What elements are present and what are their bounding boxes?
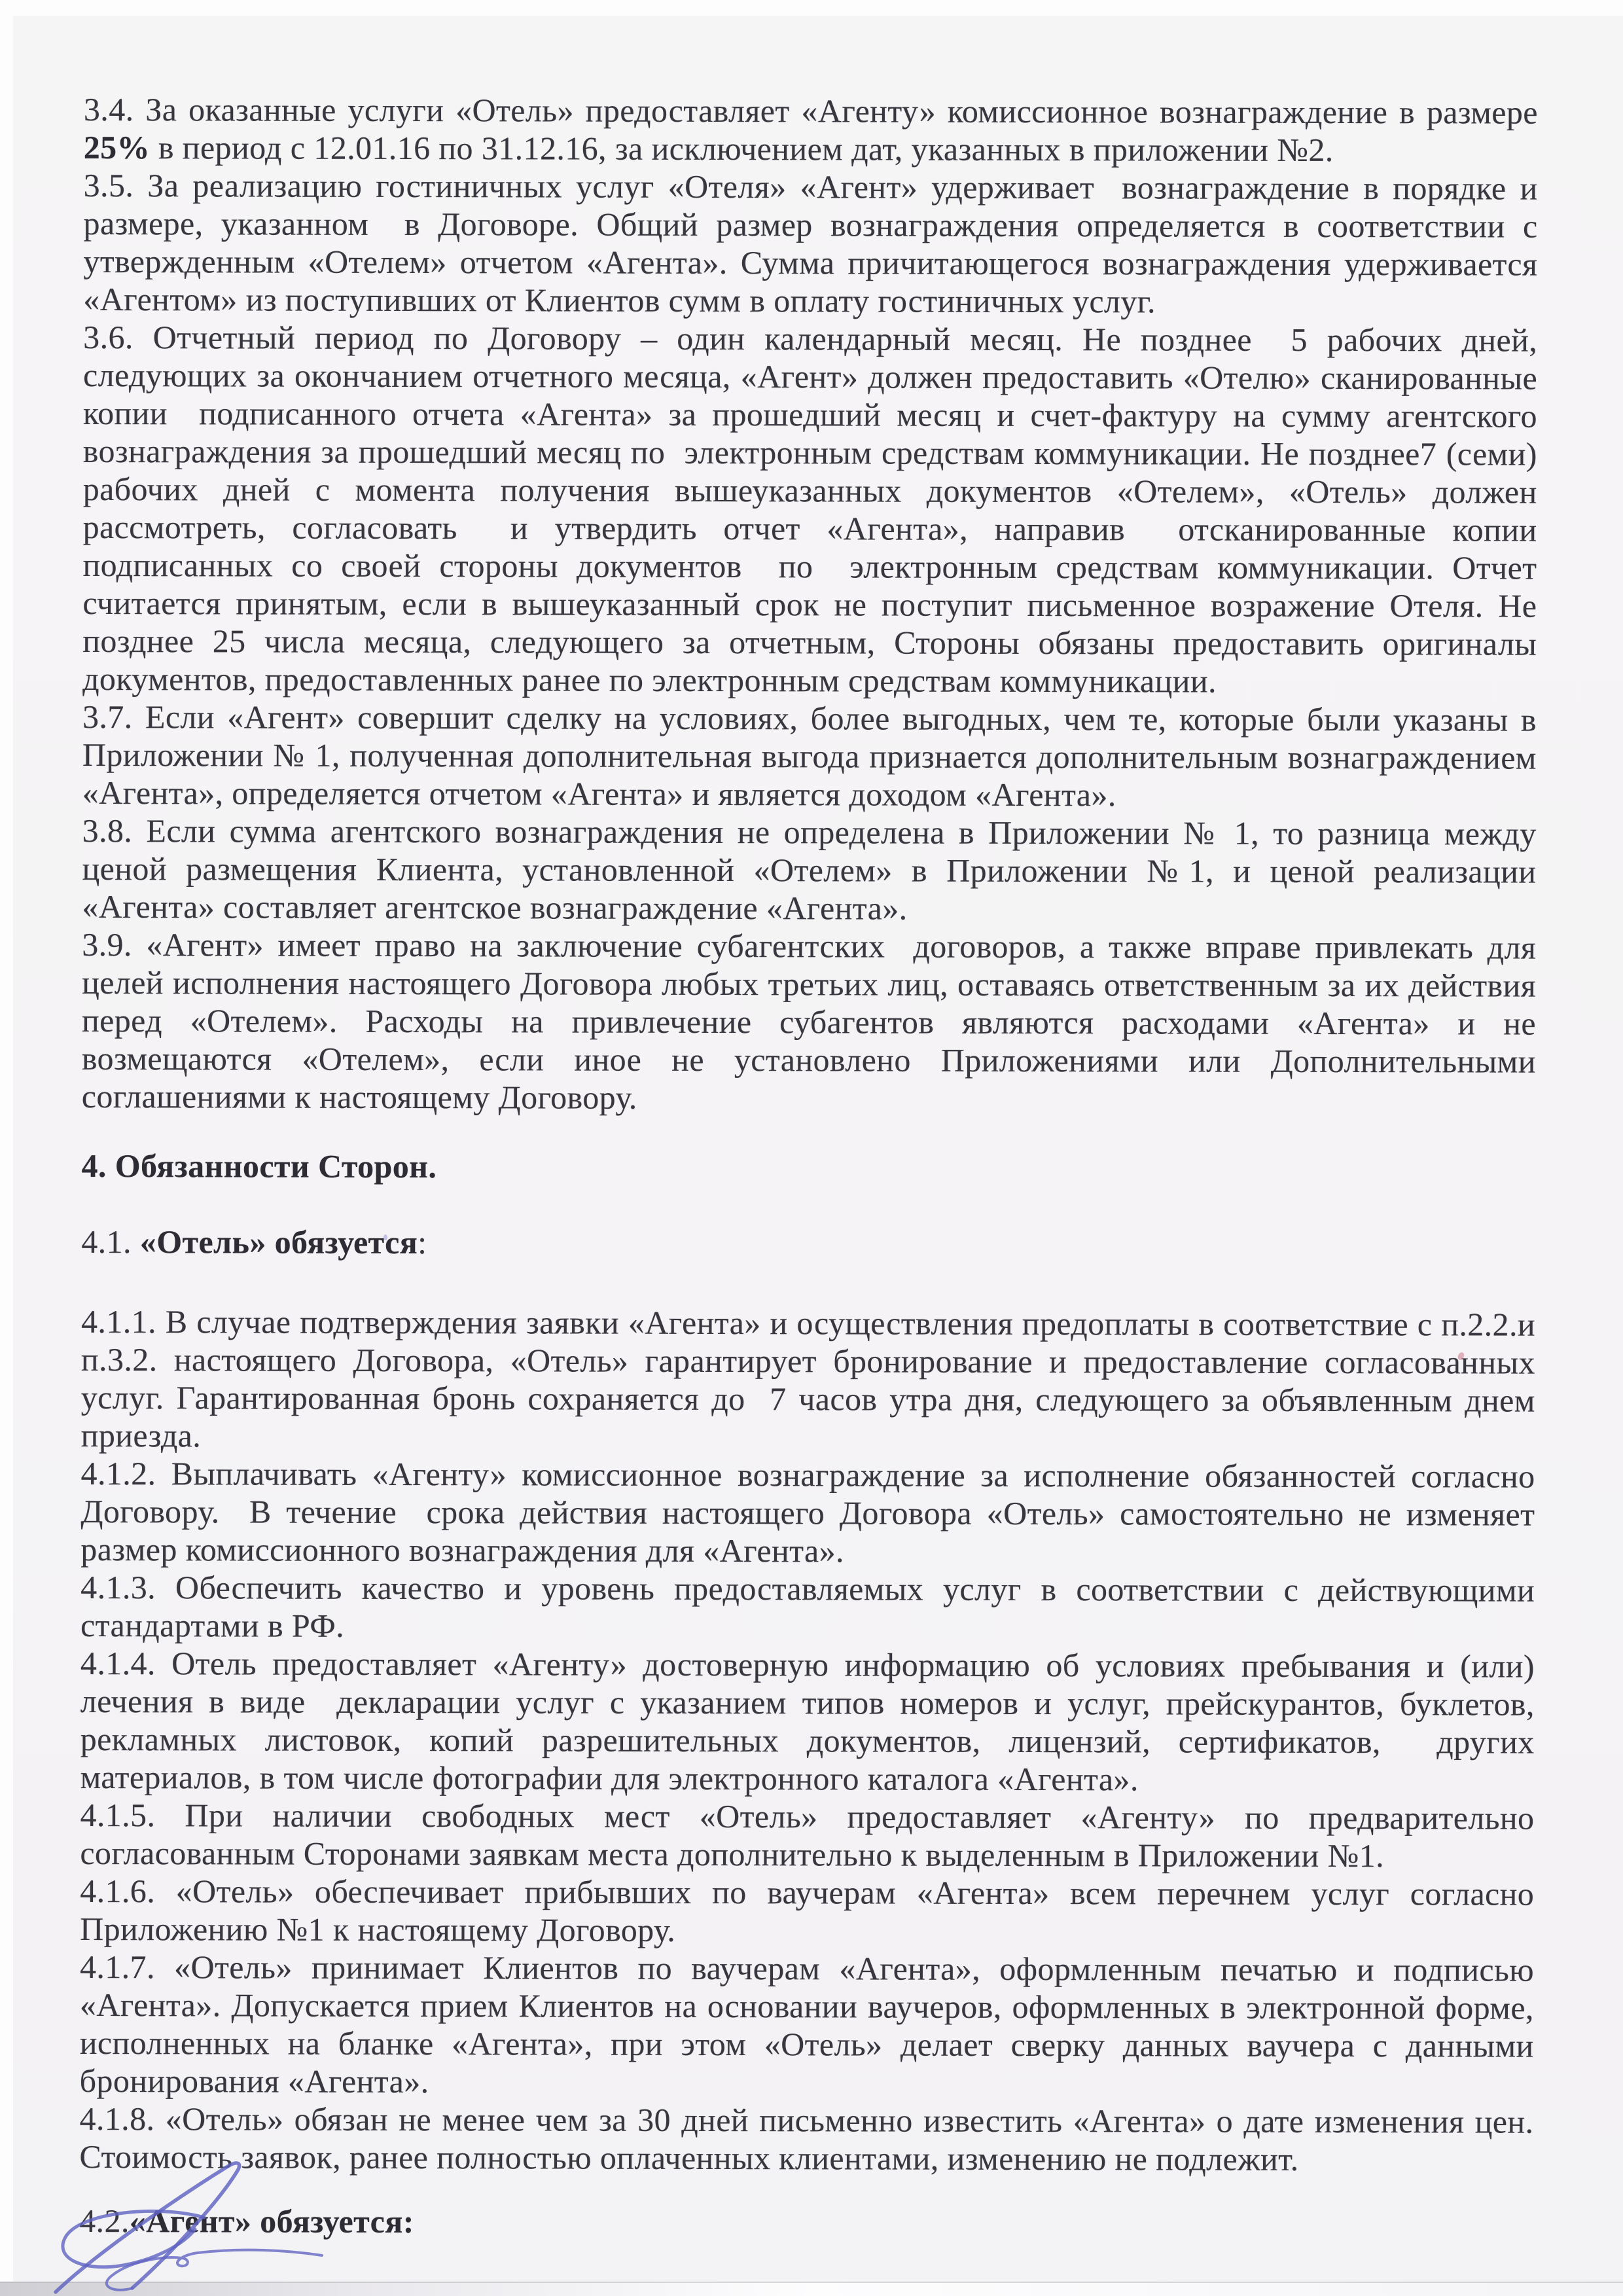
text-run: 4.2. (79, 2202, 130, 2239)
clause-4-1-6: 4.1.6. «Отель» обеспечивает прибывших по… (80, 1872, 1534, 1951)
text-run: в период с 12.01.16 по 31.12.16, за искл… (150, 129, 1334, 168)
text-run: 4.1.1. В случае подтверждения заявки «Аг… (81, 1303, 1544, 1454)
clause-3-4: 3.4. За оказанные услуги «Отель» предост… (84, 90, 1538, 170)
scan-edge-top (0, 0, 1623, 16)
text-run: 3.9. «Агент» имеет право на заключение с… (82, 926, 1545, 1116)
heading-obligations: 4. Обязанности Сторон. (81, 1147, 1535, 1188)
text-run: 3.4. За оказанные услуги «Отель» предост… (84, 91, 1546, 131)
text-run: 4.1.5. При наличии свободных мест «Отель… (80, 1797, 1543, 1874)
clause-3-6: 3.6. Отчетный период по Договору – один … (82, 318, 1537, 701)
clause-4-1-7: 4.1.7. «Отель» принимает Клиентов по вау… (80, 1948, 1534, 2103)
clause-4-1-2: 4.1.2. Выплачивать «Агенту» комиссионное… (80, 1454, 1535, 1571)
text-run: . (123, 1223, 140, 1260)
text-run: 3.5. За реализацию гостиничных услуг «От… (83, 167, 1546, 319)
text-run: 3.8. Если сумма агентского вознаграждени… (82, 812, 1544, 927)
scan-edge-left (0, 0, 13, 2296)
clause-3-9: 3.9. «Агент» имеет право на заключение с… (82, 925, 1537, 1119)
clause-4-1-8: 4.1.8. «Отель» обязан не менее чем за 30… (79, 2100, 1533, 2179)
clause-3-7: 3.7. Если «Агент» совершит сделку на усл… (82, 698, 1537, 815)
document-content: 3.4. За оказанные услуги «Отель» предост… (79, 90, 1538, 2243)
clause-4-1-5: 4.1.5. При наличии свободных мест «Отель… (80, 1796, 1534, 1875)
text-run: 4.1.7. «Отель» принимает Клиентов по вау… (80, 1948, 1543, 2100)
clause-4-1-1: 4.1.1. В случае подтверждения заявки «Аг… (81, 1302, 1535, 1458)
text-run: 3.7. Если «Агент» совершит сделку на усл… (82, 698, 1545, 813)
clause-3-8: 3.8. Если сумма агентского вознаграждени… (82, 812, 1536, 929)
text-run: 4.1.2. Выплачивать «Агенту» комиссионное… (80, 1455, 1543, 1569)
text-run: 4.1.8. «Отель» обязан не менее чем за 30… (79, 2100, 1542, 2178)
bold-text-run: 25% (84, 129, 150, 166)
text-run: 4.1.3. Обеспечить качество и уровень пре… (80, 1569, 1543, 1644)
bold-text-run: «Отель» обязуется (140, 1223, 418, 1261)
clause-3-5: 3.5. За реализацию гостиничных услуг «От… (83, 166, 1537, 321)
scan-edge-bottom (0, 2282, 1623, 2296)
text-run: 4.1.4. Отель предоставляет «Агенту» дост… (80, 1645, 1543, 1797)
subheading-agent-obliges: 4.2.«Агент» обязуется: (79, 2202, 1533, 2243)
bold-text-run: 4. Обязанности Сторон. (82, 1147, 437, 1185)
bold-text-run: «Агент» обязуется: (130, 2202, 414, 2240)
text-run: : (418, 1224, 427, 1261)
scanned-page: 3.4. За оказанные услуги «Отель» предост… (0, 0, 1623, 2296)
text-run: 4.1 (81, 1223, 123, 1260)
text-run: 4.1.6. «Отель» обеспечивает прибывших по… (80, 1873, 1543, 1948)
clause-4-1-4: 4.1.4. Отель предоставляет «Агенту» дост… (80, 1644, 1535, 1799)
clause-4-1-3: 4.1.3. Обеспечить качество и уровень пре… (80, 1568, 1535, 1647)
text-run: 3.6. Отчетный период по Договору – один … (82, 319, 1546, 700)
subheading-hotel-obliges: 4.1. «Отель» обязуется: (81, 1223, 1535, 1264)
